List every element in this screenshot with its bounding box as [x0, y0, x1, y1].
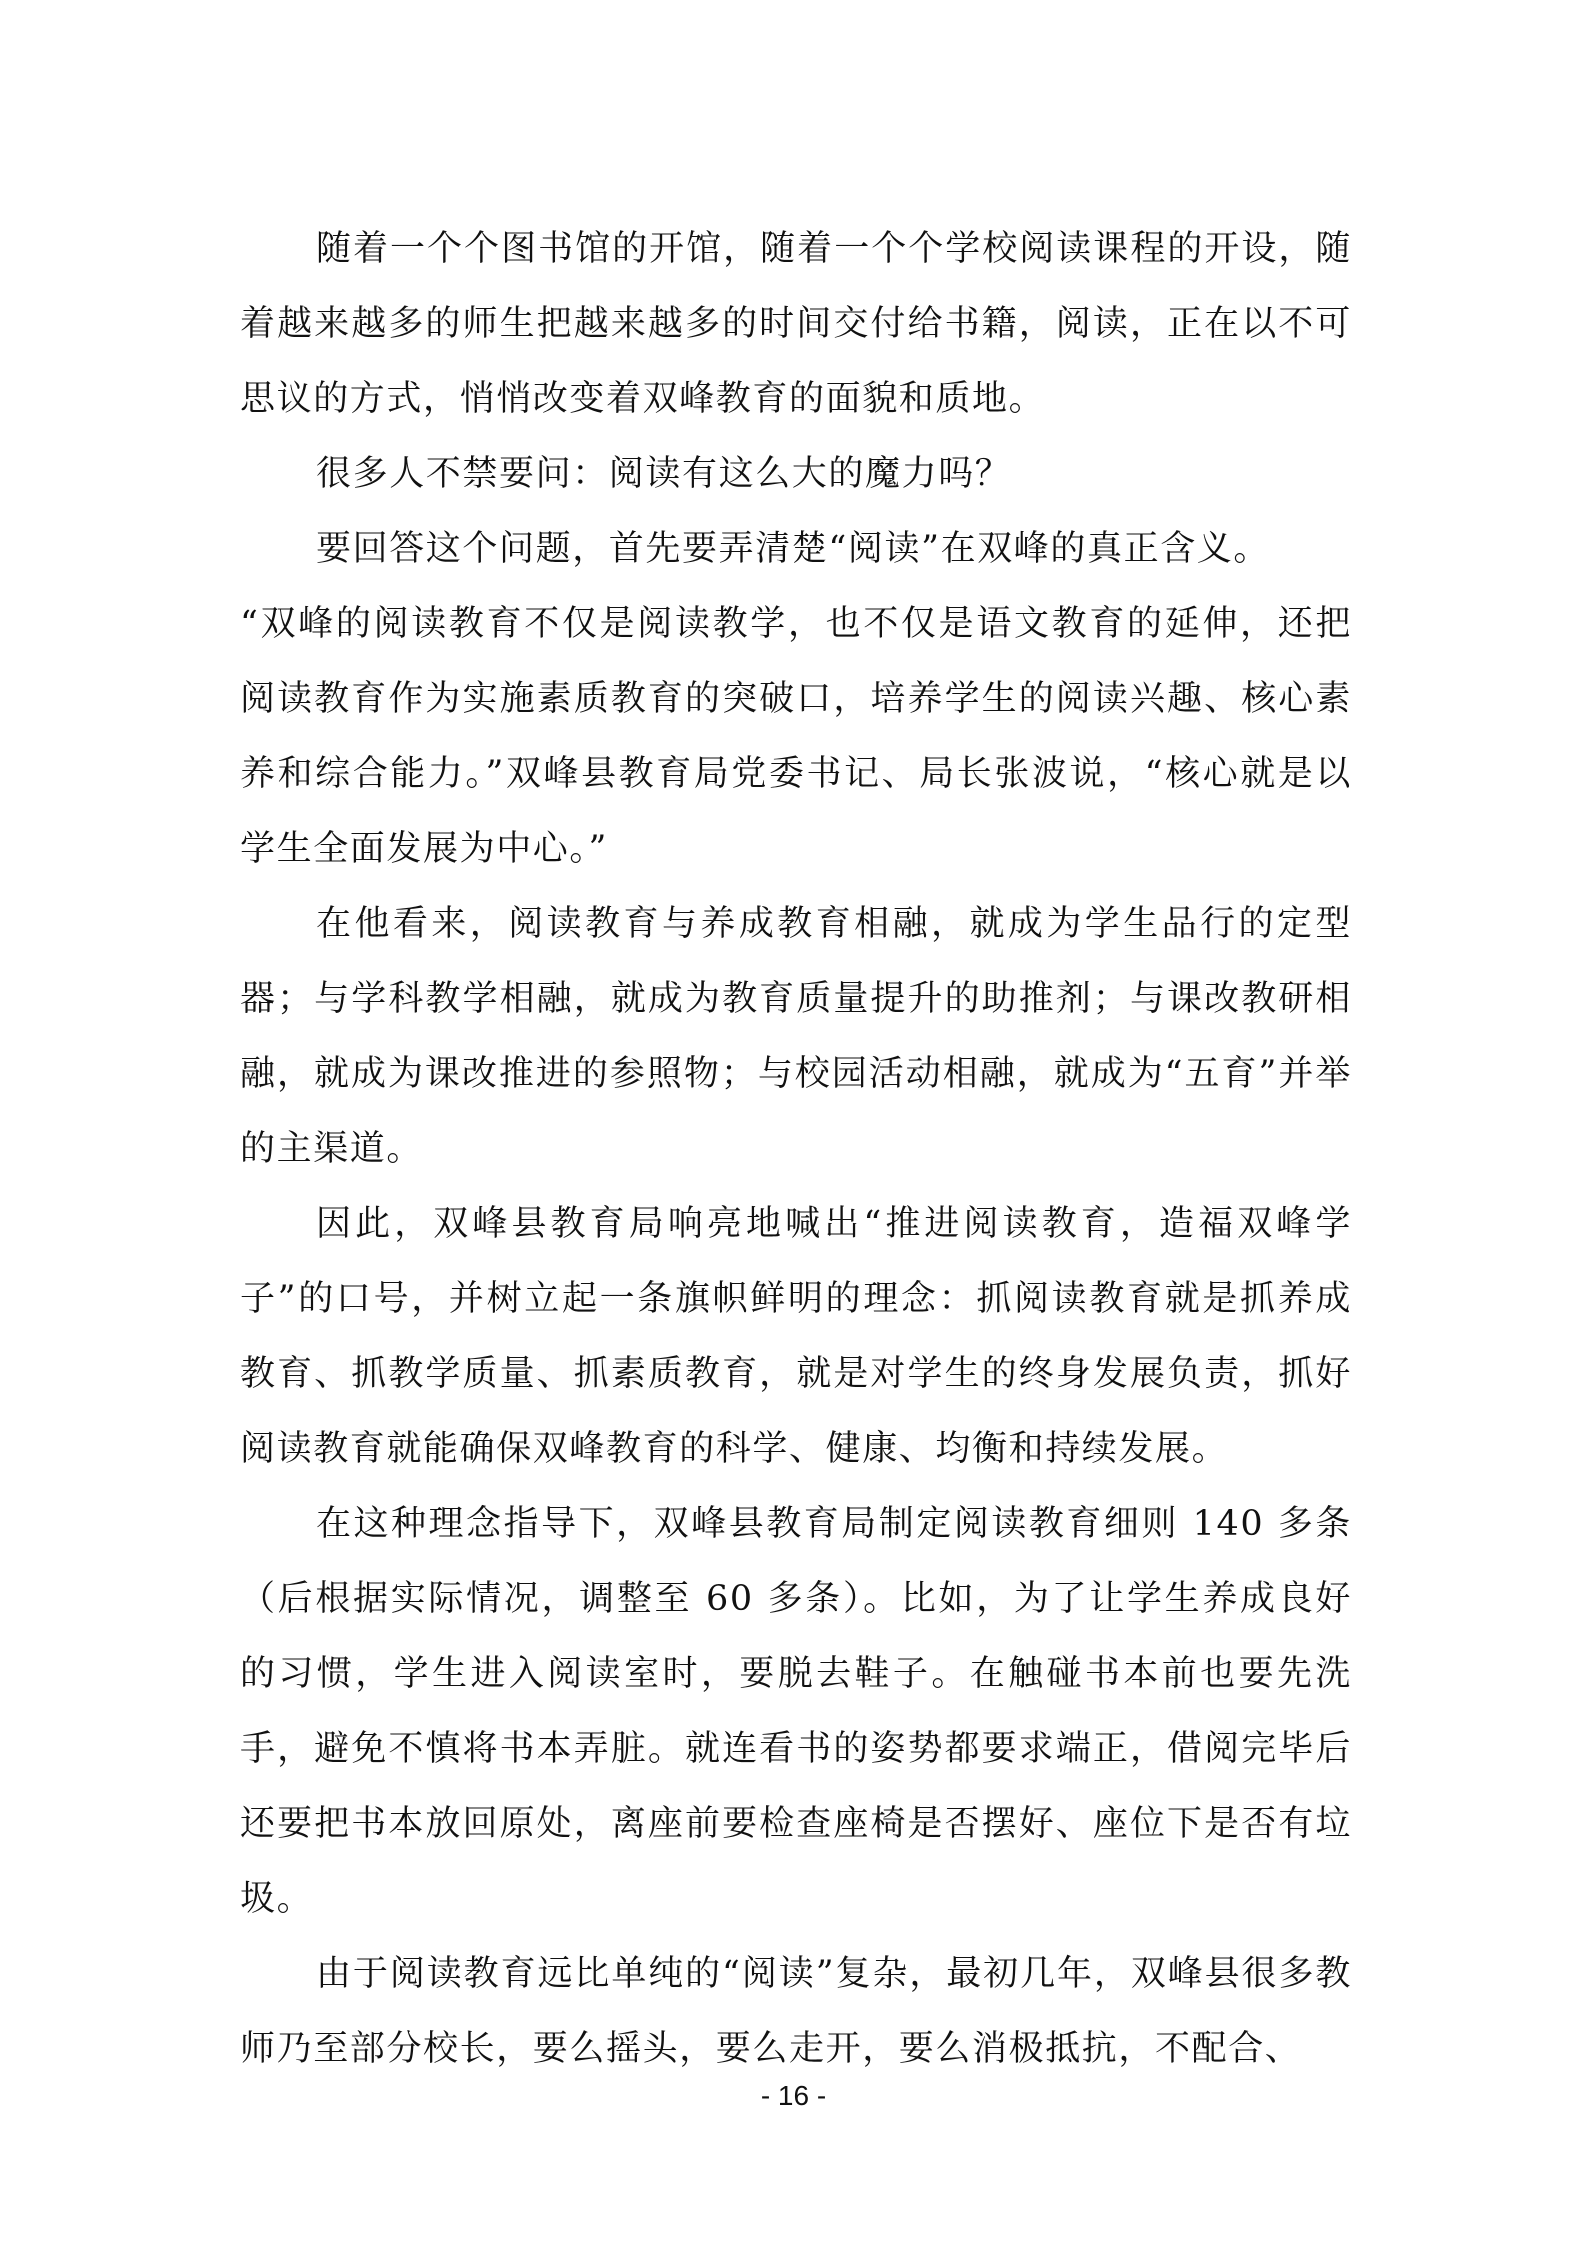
paragraph-resistance: 由于阅读教育远比单纯的“阅读”复杂，最初几年，双峰县很多教师乃至部分校长，要么摇…	[240, 1937, 1352, 2087]
page-number: - 16 -	[0, 2080, 1587, 2112]
paragraph-question: 很多人不禁要问：阅读有这么大的魔力吗？	[240, 437, 1352, 512]
paragraph-quote-zhangbo: “双峰的阅读教育不仅是阅读教学，也不仅是语文教育的延伸，还把阅读教育作为实施素质…	[240, 587, 1352, 887]
paragraph-library-openings: 随着一个个图书馆的开馆，随着一个个学校阅读课程的开设，随着越来越多的师生把越来越…	[240, 212, 1352, 437]
paragraph-slogan: 因此，双峰县教育局响亮地喊出“推进阅读教育，造福双峰学子”的口号，并树立起一条旗…	[240, 1187, 1352, 1487]
paragraph-answer-intro: 要回答这个问题，首先要弄清楚“阅读”在双峰的真正含义。	[240, 512, 1352, 587]
paragraph-rules: 在这种理念指导下，双峰县教育局制定阅读教育细则 140 多条（后根据实际情况，调…	[240, 1487, 1352, 1937]
document-body: 随着一个个图书馆的开馆，随着一个个学校阅读课程的开设，随着越来越多的师生把越来越…	[240, 212, 1352, 2087]
paragraph-integration: 在他看来，阅读教育与养成教育相融，就成为学生品行的定型器；与学科教学相融，就成为…	[240, 887, 1352, 1187]
